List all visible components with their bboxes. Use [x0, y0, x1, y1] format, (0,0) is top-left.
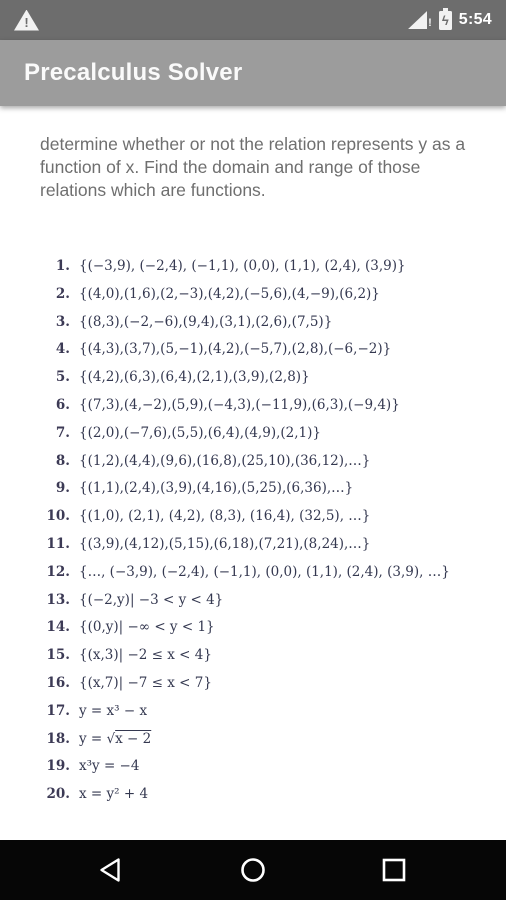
- problem-expression: {…, (−3,9), (−2,4), (−1,1), (0,0), (1,1)…: [79, 561, 478, 583]
- problem-number: 19.: [44, 755, 70, 777]
- problem-expression: {(0,y)| −∞ < y < 1}: [79, 616, 478, 638]
- problem-number: 12.: [44, 561, 70, 583]
- home-icon: [238, 855, 268, 885]
- battery-charging-icon: ϟ: [439, 11, 452, 30]
- problem-item-13[interactable]: 13.{(−2,y)| −3 < y < 4}: [44, 589, 478, 611]
- problem-expression: {(−2,y)| −3 < y < 4}: [79, 589, 478, 611]
- status-bar-left: !: [14, 10, 39, 31]
- problem-expression: {(4,3),(3,7),(5,−1),(4,2),(−5,7),(2,8),(…: [79, 338, 478, 360]
- problem-expression: x³y = −4: [79, 755, 478, 777]
- problem-number: 18.: [44, 728, 70, 750]
- problem-number: 17.: [44, 700, 70, 722]
- signal-exclamation-glyph: !: [428, 18, 432, 29]
- problem-item-16[interactable]: 16.{(x,7)| −7 ≤ x < 7}: [44, 672, 478, 694]
- back-icon: [97, 855, 127, 885]
- problem-number: 6.: [44, 394, 70, 416]
- problem-number: 11.: [44, 533, 70, 555]
- battery-bolt-glyph: ϟ: [442, 14, 449, 27]
- problem-item-18[interactable]: 18.y = √x − 2: [44, 728, 478, 750]
- warning-triangle-icon: !: [14, 10, 39, 31]
- problem-item-20[interactable]: 20.x = y² + 4: [44, 783, 478, 805]
- problem-page-content[interactable]: determine whether or not the relation re…: [0, 106, 506, 840]
- problem-number: 4.: [44, 338, 70, 360]
- signal-triangle-shape: [408, 11, 427, 29]
- problem-item-9[interactable]: 9.{(1,1),(2,4),(3,9),(4,16),(5,25),(6,36…: [44, 477, 478, 499]
- problem-number: 3.: [44, 311, 70, 333]
- app-bar: Precalculus Solver: [0, 40, 506, 106]
- problem-expression: {(x,3)| −2 ≤ x < 4}: [79, 644, 478, 666]
- problem-number: 14.: [44, 616, 70, 638]
- signal-no-network-icon: !: [408, 11, 432, 29]
- problem-number: 20.: [44, 783, 70, 805]
- problem-item-3[interactable]: 3.{(8,3),(−2,−6),(9,4),(3,1),(2,6),(7,5)…: [44, 311, 478, 333]
- problem-item-12[interactable]: 12.{…, (−3,9), (−2,4), (−1,1), (0,0), (1…: [44, 561, 478, 583]
- status-bar: ! ! ϟ 5:54: [0, 0, 506, 40]
- home-button[interactable]: [237, 854, 269, 886]
- problem-list: 1.{(−3,9), (−2,4), (−1,1), (0,0), (1,1),…: [0, 255, 506, 805]
- problem-number: 7.: [44, 422, 70, 444]
- problem-expression: y = √x − 2: [79, 728, 478, 750]
- problem-item-8[interactable]: 8.{(1,2),(4,4),(9,6),(16,8),(25,10),(36,…: [44, 450, 478, 472]
- status-bar-clock: 5:54: [459, 11, 492, 29]
- problem-item-10[interactable]: 10.{(1,0), (2,1), (4,2), (8,3), (16,4), …: [44, 505, 478, 527]
- problem-number: 2.: [44, 283, 70, 305]
- problem-expression: {(1,1),(2,4),(3,9),(4,16),(5,25),(6,36),…: [79, 477, 478, 499]
- problem-number: 10.: [44, 505, 70, 527]
- problem-item-5[interactable]: 5.{(4,2),(6,3),(6,4),(2,1),(3,9),(2,8)}: [44, 366, 478, 388]
- back-button[interactable]: [96, 854, 128, 886]
- problem-item-14[interactable]: 14.{(0,y)| −∞ < y < 1}: [44, 616, 478, 638]
- problem-expression: {(7,3),(4,−2),(5,9),(−4,3),(−11,9),(6,3)…: [79, 394, 478, 416]
- problem-expression: {(4,0),(1,6),(2,−3),(4,2),(−5,6),(4,−9),…: [79, 283, 478, 305]
- problem-expression: {(2,0),(−7,6),(5,5),(6,4),(4,9),(2,1)}: [79, 422, 478, 444]
- problem-expression: {(8,3),(−2,−6),(9,4),(3,1),(2,6),(7,5)}: [79, 311, 478, 333]
- problem-expression: {(1,0), (2,1), (4,2), (8,3), (16,4), (32…: [79, 505, 478, 527]
- problem-item-15[interactable]: 15.{(x,3)| −2 ≤ x < 4}: [44, 644, 478, 666]
- problem-expression: {(−3,9), (−2,4), (−1,1), (0,0), (1,1), (…: [79, 255, 478, 277]
- sqrt-prefix: y = √: [79, 731, 115, 747]
- problem-expression: {(1,2),(4,4),(9,6),(16,8),(25,10),(36,12…: [79, 450, 478, 472]
- recents-button[interactable]: [378, 854, 410, 886]
- problem-item-11[interactable]: 11.{(3,9),(4,12),(5,15),(6,18),(7,21),(8…: [44, 533, 478, 555]
- problem-number: 16.: [44, 672, 70, 694]
- problem-item-19[interactable]: 19.x³y = −4: [44, 755, 478, 777]
- problem-item-1[interactable]: 1.{(−3,9), (−2,4), (−1,1), (0,0), (1,1),…: [44, 255, 478, 277]
- problem-number: 13.: [44, 589, 70, 611]
- problem-item-6[interactable]: 6.{(7,3),(4,−2),(5,9),(−4,3),(−11,9),(6,…: [44, 394, 478, 416]
- problem-expression: {(x,7)| −7 ≤ x < 7}: [79, 672, 478, 694]
- problem-number: 5.: [44, 366, 70, 388]
- problem-expression: {(4,2),(6,3),(6,4),(2,1),(3,9),(2,8)}: [79, 366, 478, 388]
- problem-expression: {(3,9),(4,12),(5,15),(6,18),(7,21),(8,24…: [79, 533, 478, 555]
- sqrt-radicand: x − 2: [115, 731, 151, 747]
- problem-item-2[interactable]: 2.{(4,0),(1,6),(2,−3),(4,2),(−5,6),(4,−9…: [44, 283, 478, 305]
- problem-number: 9.: [44, 477, 70, 499]
- instruction-text: determine whether or not the relation re…: [40, 133, 474, 202]
- recents-icon: [379, 855, 409, 885]
- problem-item-4[interactable]: 4.{(4,3),(3,7),(5,−1),(4,2),(−5,7),(2,8)…: [44, 338, 478, 360]
- status-bar-right: ! ϟ 5:54: [408, 11, 492, 30]
- problem-expression: x = y² + 4: [79, 783, 478, 805]
- page-title: Precalculus Solver: [24, 59, 242, 87]
- android-nav-bar: [0, 840, 506, 900]
- warning-exclamation-glyph: !: [24, 14, 28, 31]
- problem-item-7[interactable]: 7.{(2,0),(−7,6),(5,5),(6,4),(4,9),(2,1)}: [44, 422, 478, 444]
- problem-number: 8.: [44, 450, 70, 472]
- problem-number: 15.: [44, 644, 70, 666]
- problem-number: 1.: [44, 255, 70, 277]
- problem-expression: y = x³ − x: [79, 700, 478, 722]
- problem-item-17[interactable]: 17.y = x³ − x: [44, 700, 478, 722]
